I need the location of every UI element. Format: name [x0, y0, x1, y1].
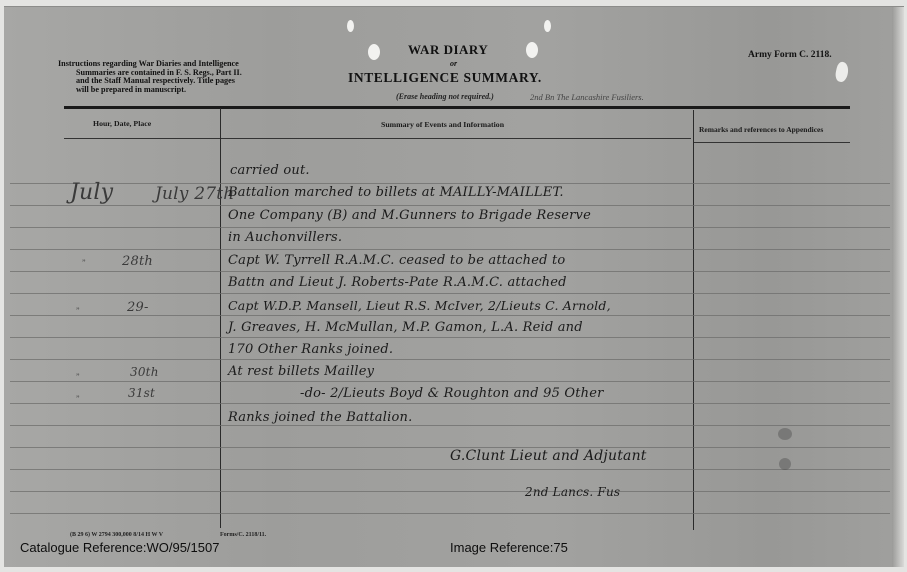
ruled-line [10, 469, 890, 470]
header-divider [694, 142, 850, 143]
ruled-line [10, 491, 890, 492]
entry-line: 170 Other Ranks joined. [228, 342, 393, 357]
ruled-line [10, 513, 890, 514]
ruled-line [10, 293, 890, 294]
entry-date: July 27th [155, 184, 234, 204]
punch-hole [347, 20, 354, 32]
entry-date-month: July [70, 180, 113, 205]
column-header-remarks: Remarks and references to Appendices [699, 125, 823, 134]
column-divider [693, 110, 694, 530]
entry-line: Battn and Lieut J. Roberts-Pate R.A.M.C.… [228, 275, 567, 290]
punch-hole [368, 44, 380, 60]
instructions-line: will be prepared in manuscript. [58, 86, 288, 95]
ink-smudge [778, 428, 792, 440]
entry-line: Capt W.D.P. Mansell, Lieut R.S. McIver, … [228, 298, 611, 313]
entry-line: -do- 2/Lieuts Boyd & Roughton and 95 Oth… [300, 386, 604, 401]
ditto-mark: ” [76, 372, 80, 381]
army-form-number: Army Form C. 2118. [748, 50, 832, 60]
title-war-diary: WAR DIARY [408, 42, 488, 58]
ruled-line [10, 425, 890, 426]
ruled-line [10, 359, 890, 360]
header-divider [64, 138, 691, 139]
ditto-mark: ” [76, 306, 80, 315]
print-code: (B 29 6) W 2794 300,000 8/14 H W V [70, 532, 163, 538]
entry-date: 31st [128, 386, 155, 400]
punch-hole [544, 20, 551, 32]
title-intelligence-summary: INTELLIGENCE SUMMARY. [348, 70, 542, 86]
title-or: or [450, 59, 457, 68]
column-header-hour-date-place: Hour, Date, Place [93, 119, 151, 128]
ruled-line [10, 205, 890, 206]
entry-line: carried out. [230, 163, 310, 178]
ruled-line [10, 183, 890, 184]
ruled-line [10, 227, 890, 228]
punch-hole [526, 42, 538, 58]
entry-date: 29- [127, 300, 149, 315]
signature-unit: 2nd Lancs. Fus [525, 485, 620, 499]
ditto-mark: ” [82, 258, 86, 267]
entry-line: Battalion marched to billets at MAILLY-M… [228, 185, 564, 200]
unit-name: 2nd Bn The Lancashire Fusiliers. [530, 92, 644, 102]
ruled-line [10, 249, 890, 250]
entry-date: 28th [122, 254, 153, 269]
header-rule [64, 106, 850, 109]
instructions-block: Instructions regarding War Diaries and I… [58, 60, 288, 94]
signature: G.Clunt Lieut and Adjutant [450, 448, 647, 464]
entry-line: J. Greaves, H. McMullan, M.P. Gamon, L.A… [228, 320, 583, 335]
ruled-line [10, 381, 890, 382]
column-divider [220, 108, 221, 528]
entry-line: At rest billets Mailley [228, 364, 374, 379]
ruled-line [10, 315, 890, 316]
erase-note: (Erase heading not required.) [396, 92, 494, 101]
entry-line: in Auchonvillers. [228, 230, 342, 245]
image-reference: Image Reference:75 [450, 540, 568, 555]
ink-smudge [779, 458, 791, 470]
ruled-line [10, 337, 890, 338]
entry-line: Ranks joined the Battalion. [228, 410, 412, 425]
entry-line: One Company (B) and M.Gunners to Brigade… [228, 208, 591, 223]
page-edge [892, 7, 904, 567]
ruled-line [10, 403, 890, 404]
column-header-summary: Summary of Events and Information [381, 120, 504, 129]
ditto-mark: ” [76, 394, 80, 403]
form-code: Forms/C. 2118/11. [220, 532, 266, 538]
ruled-line [10, 271, 890, 272]
catalogue-reference: Catalogue Reference:WO/95/1507 [20, 540, 219, 555]
entry-date: 30th [130, 365, 159, 379]
entry-line: Capt W. Tyrrell R.A.M.C. ceased to be at… [228, 253, 565, 268]
